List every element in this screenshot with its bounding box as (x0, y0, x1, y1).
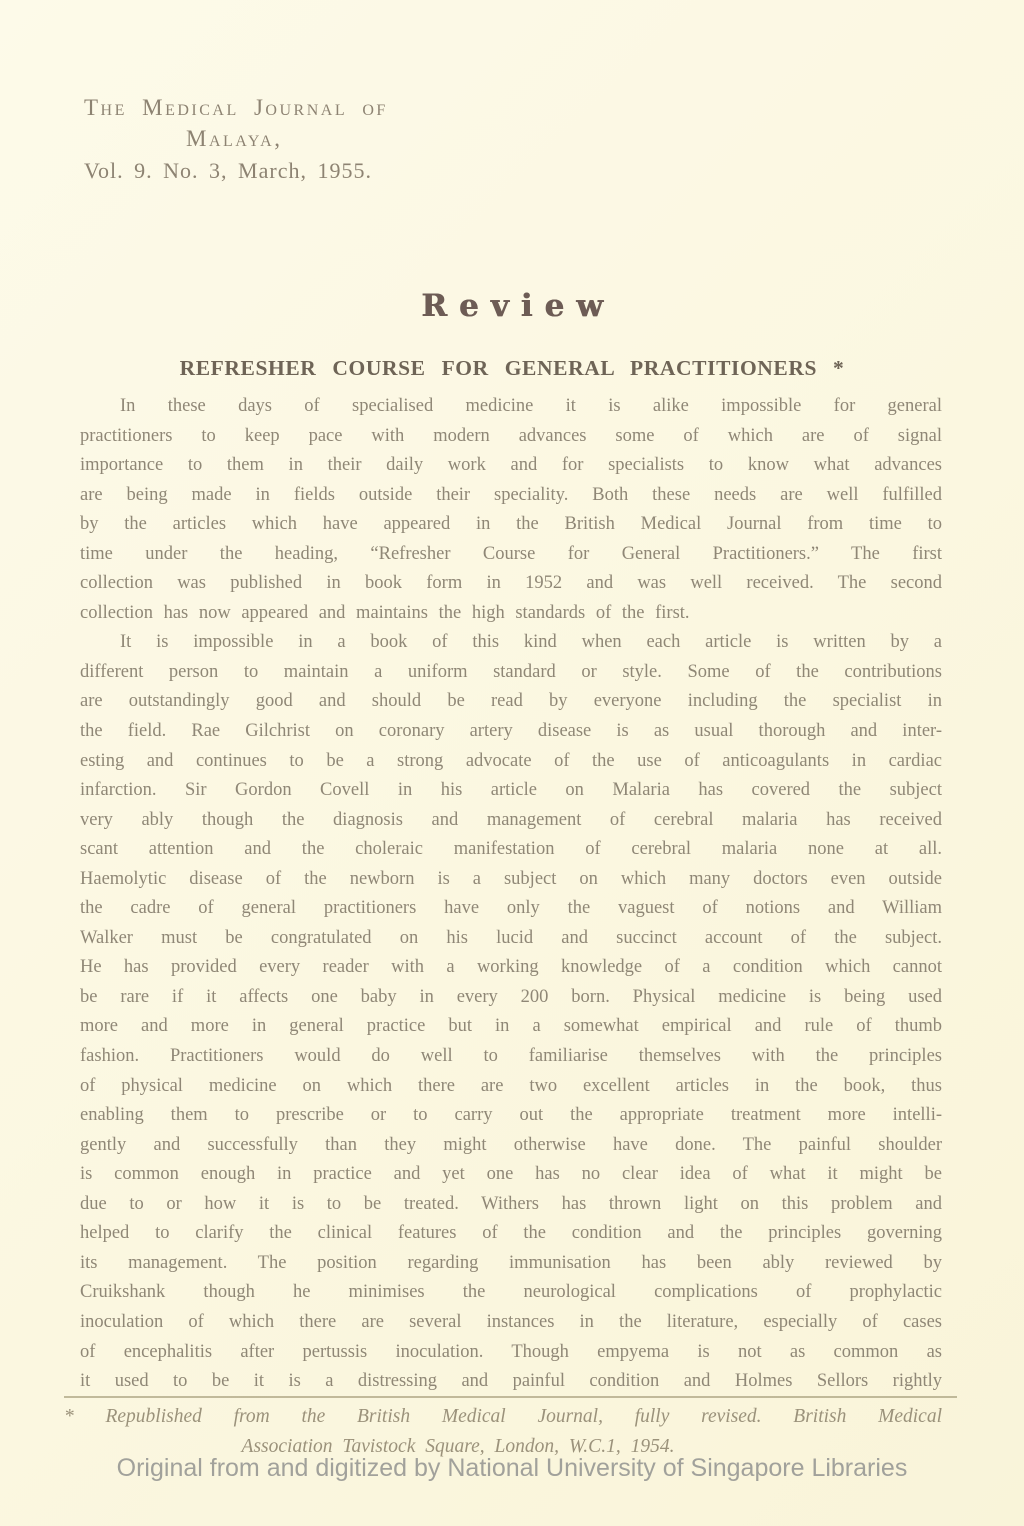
footnote: * Republished from the British Medical J… (64, 1402, 942, 1462)
journal-masthead: The Medical Journal of Malaya, Vol. 9. N… (84, 92, 388, 186)
journal-issue-line: Vol. 9. No. 3, March, 1955. (84, 155, 388, 186)
body-line: more and more in general practice but in… (80, 1012, 942, 1042)
body-line: scant attention and the choleraic manife… (80, 835, 942, 865)
article-title: REFRESHER COURSE FOR GENERAL PRACTITIONE… (0, 356, 1024, 381)
body-line: of encephalitis after pertussis inoculat… (80, 1338, 942, 1368)
journal-title-line1: The Medical Journal of (84, 92, 388, 123)
body-line: practitioners to keep pace with modern a… (80, 422, 942, 452)
body-line: fashion. Practitioners would do well to … (80, 1042, 942, 1072)
article-body: In these days of specialised medicine it… (80, 392, 942, 1397)
body-line: of physical medicine on which there are … (80, 1072, 942, 1102)
body-line: the field. Rae Gilchrist on coronary art… (80, 717, 942, 747)
body-line: collection was published in book form in… (80, 569, 942, 599)
body-line: it used to be it is a distressing and pa… (80, 1367, 942, 1397)
body-line: inoculation of which there are several i… (80, 1308, 942, 1338)
body-line: Haemolytic disease of the newborn is a s… (80, 865, 942, 895)
body-line: are being made in fields outside their s… (80, 481, 942, 511)
body-line: are outstandingly good and should be rea… (80, 687, 942, 717)
journal-title-line2: Malaya, (84, 123, 388, 154)
body-line: importance to them in their daily work a… (80, 451, 942, 481)
footnote-line-1: * Republished from the British Medical J… (64, 1402, 942, 1432)
body-line: gently and successfully than they might … (80, 1131, 942, 1161)
body-line: its management. The position regarding i… (80, 1249, 942, 1279)
body-line: It is impossible in a book of this kind … (80, 628, 942, 658)
body-line: very ably though the diagnosis and manag… (80, 806, 942, 836)
body-line: helped to clarify the clinical features … (80, 1219, 942, 1249)
body-line: In these days of specialised medicine it… (80, 392, 942, 422)
scanned-journal-page: The Medical Journal of Malaya, Vol. 9. N… (0, 0, 1024, 1526)
body-line: esting and continues to be a strong advo… (80, 747, 942, 777)
body-line: Cruikshank though he minimises the neuro… (80, 1278, 942, 1308)
body-line: is common enough in practice and yet one… (80, 1160, 942, 1190)
body-line: collection has now appeared and maintain… (80, 599, 942, 629)
body-line: time under the heading, “Refresher Cours… (80, 540, 942, 570)
body-line: Walker must be congratulated on his luci… (80, 924, 942, 954)
body-line: by the articles which have appeared in t… (80, 510, 942, 540)
body-line: the cadre of general practitioners have … (80, 894, 942, 924)
body-line: He has provided every reader with a work… (80, 953, 942, 983)
section-title-review: Review (0, 288, 1024, 324)
footnote-rule (64, 1396, 957, 1398)
body-line: infarction. Sir Gordon Covell in his art… (80, 776, 942, 806)
body-line: due to or how it is to be treated. Withe… (80, 1190, 942, 1220)
body-line: different person to maintain a uniform s… (80, 658, 942, 688)
body-line: enabling them to prescribe or to carry o… (80, 1101, 942, 1131)
body-line: be rare if it affects one baby in every … (80, 983, 942, 1013)
digitization-credit: Original from and digitized by National … (0, 1454, 1024, 1483)
